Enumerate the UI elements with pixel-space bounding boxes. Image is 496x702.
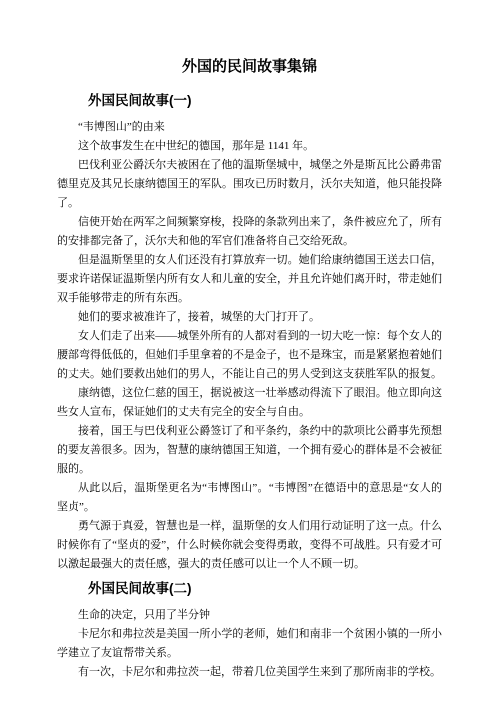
document-page: 外国的民间故事集锦 外国民间故事(一) “韦博图山”的由来 这个故事发生在中世纪… <box>0 0 496 702</box>
section-folk-tale-1: 外国民间故事(一) “韦博图山”的由来 这个故事发生在中世纪的德国，那年是 11… <box>57 92 442 574</box>
paragraph: 巴伐利亚公爵沃尔夫被困在了他的温斯堡城中，城堡之外是斯瓦比公爵弗雷德里克及其兄长… <box>57 156 442 213</box>
paragraph: 有一次，卡尼尔和弗拉茨一起，带着几位美国学生来到了那所南非的学校。 <box>57 663 442 682</box>
paragraph: “韦博图山”的由来 <box>57 118 442 137</box>
paragraph: 康纳德，这位仁慈的国王，据说被这一壮举感动得流下了眼泪。他立即向这些女人宣布，保… <box>57 384 442 422</box>
paragraph: 这个故事发生在中世纪的德国，那年是 1141 年。 <box>57 137 442 156</box>
section-folk-tale-2: 外国民间故事(二) 生命的决定，只用了半分钟 卡尼尔和弗拉茨是美国一所小学的老师… <box>57 580 442 682</box>
paragraph: 从此以后，温斯堡更名为“韦博图山”。“韦博图”在德语中的意思是“女人的坚贞”。 <box>57 479 442 517</box>
paragraph: 但是温斯堡里的女人们还没有打算放弃一切。她们给康纳德国王送去口信，要求许诺保证温… <box>57 251 442 308</box>
paragraph: 女人们走了出来——城堡外所有的人都对看到的一切大吃一惊：每个女人的腰部弯得低低的… <box>57 327 442 384</box>
paragraph: 勇气源于真爱，智慧也是一样，温斯堡的女人们用行动证明了这一点。什么时候你有了“坚… <box>57 517 442 574</box>
paragraph: 她们的要求被准许了，接着，城堡的大门打开了。 <box>57 308 442 327</box>
paragraph: 卡尼尔和弗拉茨是美国一所小学的老师，她们和南非一个贫困小镇的一所小学建立了友谊帮… <box>57 625 442 663</box>
document-title: 外国的民间故事集锦 <box>57 57 442 77</box>
section-2-heading: 外国民间故事(二) <box>57 580 442 598</box>
paragraph: 生命的决定，只用了半分钟 <box>57 606 442 625</box>
paragraph: 信使开始在两军之间频繁穿梭，投降的条款列出来了，条件被应允了，所有的安排都完备了… <box>57 213 442 251</box>
paragraph: 接着，国王与巴伐利亚公爵签订了和平条约，条约中的款项比公爵事先预想的要友善很多。… <box>57 422 442 479</box>
section-1-heading: 外国民间故事(一) <box>57 92 442 110</box>
